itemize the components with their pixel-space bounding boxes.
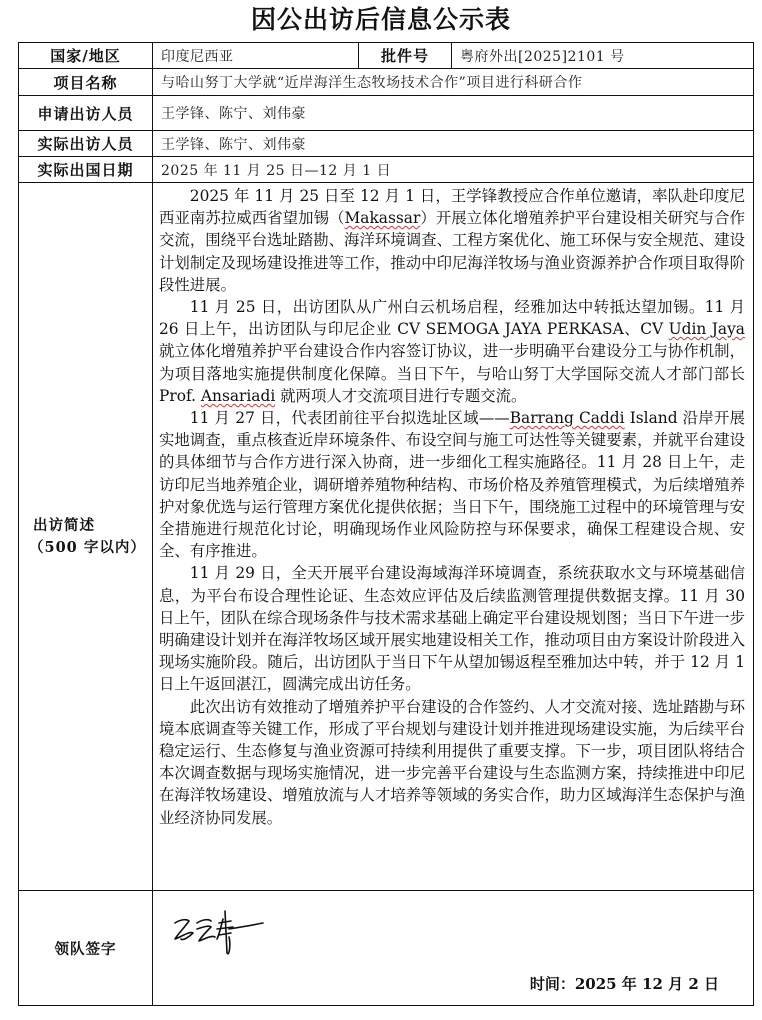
project-label: 项目名称 [19, 69, 153, 96]
row-actual-members: 实际出访人员 王学锋、陈宁、刘伟豪 [19, 131, 754, 157]
document-title: 因公出访后信息公示表 [0, 2, 762, 38]
actual-members-label: 实际出访人员 [19, 131, 153, 157]
country-label: 国家/地区 [19, 43, 153, 69]
country-value: 印度尼西亚 [153, 43, 359, 69]
signature-cell: 时间：2025 年 12 月 2 日 [153, 891, 754, 1006]
signature-date: 时间：2025 年 12 月 2 日 [530, 973, 719, 994]
row-actual-dates: 实际出国日期 2025 年 11 月 25 日—12 月 1 日 [19, 157, 754, 183]
summary-paragraph-1: 2025 年 11 月 25 日至 12 月 1 日，王学锋教授应合作单位邀请，… [159, 185, 745, 296]
project-value: 与哈山努丁大学就“近岸海洋生态牧场技术合作”项目进行科研合作 [153, 69, 754, 96]
summary-label: 出访简述 （500 字以内） [19, 183, 153, 891]
row-project: 项目名称 与哈山努丁大学就“近岸海洋生态牧场技术合作”项目进行科研合作 [19, 69, 754, 96]
summary-content: 2025 年 11 月 25 日至 12 月 1 日，王学锋教授应合作单位邀请，… [153, 183, 754, 891]
summary-paragraph-3: 11 月 27 日，代表团前往平台拟选址区域——Barrang Caddi Is… [159, 407, 745, 562]
signature-label: 领队签字 [19, 891, 153, 1006]
row-country: 国家/地区 印度尼西亚 批件号 粤府外出[2025]2101 号 [19, 43, 754, 69]
summary-label-limit: （500 字以内） [29, 537, 152, 559]
approval-label: 批件号 [359, 43, 452, 69]
approval-value: 粤府外出[2025]2101 号 [452, 43, 754, 69]
actual-dates-label: 实际出国日期 [19, 157, 153, 183]
actual-members-value: 王学锋、陈宁、刘伟豪 [153, 131, 754, 157]
applied-members-label: 申请出访人员 [19, 96, 153, 131]
actual-dates-value: 2025 年 11 月 25 日—12 月 1 日 [153, 157, 754, 183]
row-signature: 领队签字 时间：2025 年 12 月 2 日 [19, 891, 754, 1006]
applied-members-value: 王学锋、陈宁、刘伟豪 [153, 96, 754, 131]
summary-paragraph-5: 此次出访有效推动了增殖养护平台建设的合作签约、人才交流对接、选址踏勘与环境本底调… [159, 696, 745, 829]
summary-paragraph-4: 11 月 29 日，全天开展平台建设海域海洋环境调查，系统获取水文与环境基础信息… [159, 562, 745, 695]
summary-label-title: 出访简述 [33, 515, 152, 537]
handwritten-signature-icon [167, 901, 287, 961]
row-summary: 出访简述 （500 字以内） 2025 年 11 月 25 日至 12 月 1 … [19, 183, 754, 891]
summary-paragraph-2: 11 月 25 日，出访团队从广州白云机场启程，经雅加达中转抵达望加锡。11 月… [159, 296, 745, 407]
info-table: 国家/地区 印度尼西亚 批件号 粤府外出[2025]2101 号 项目名称 与哈… [18, 42, 754, 1006]
row-applied-members: 申请出访人员 王学锋、陈宁、刘伟豪 [19, 96, 754, 131]
